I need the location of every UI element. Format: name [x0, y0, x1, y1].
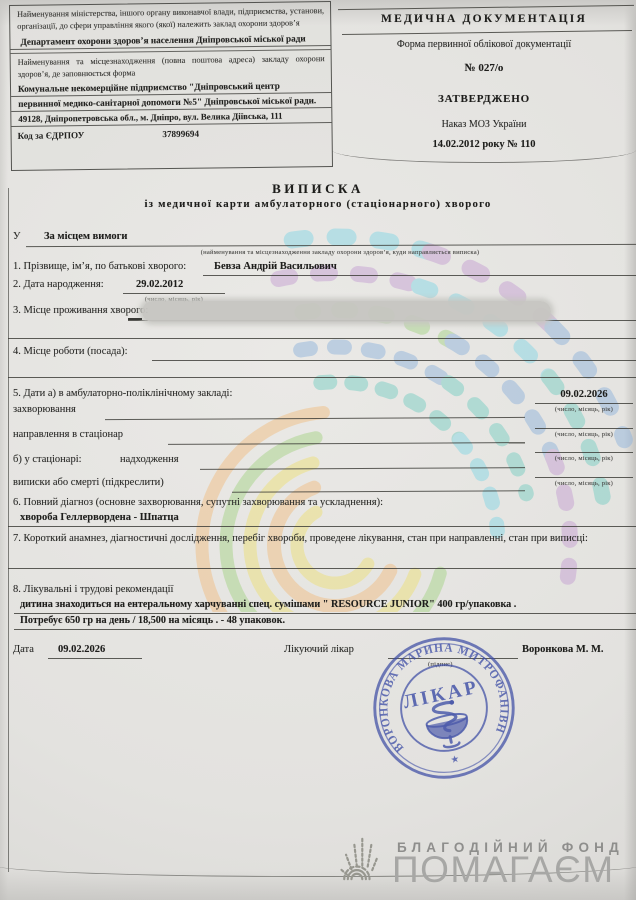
referral-label: направлення в стаціонар — [13, 429, 123, 440]
footer-date-value: 09.02.2026 — [58, 644, 105, 655]
admission-date-line — [535, 452, 633, 453]
approved-label: ЗАТВЕРДЖЕНО — [332, 93, 636, 105]
discharge-date-caption: (число, місяць, рік) — [535, 480, 633, 487]
illness-date-line — [535, 403, 633, 404]
ministry-note: Найменування міністерства, іншого органу… — [10, 2, 330, 35]
form-note: Форма первинної облікової документації — [332, 39, 636, 50]
footer-date-label: Дата — [13, 644, 34, 655]
doctor-label: Лікуючий лікар — [284, 644, 354, 655]
field1-line — [203, 275, 636, 276]
field1-label: 1. Прізвище, ім’я, по батькові хворого: — [13, 261, 186, 272]
edrpou-row: Код за ЄДРПОУ 37899694 — [11, 123, 331, 141]
brand-name: ПОМАГАЄМ — [392, 849, 615, 891]
doc-header: МЕДИЧНА ДОКУМЕНТАЦІЯ Форма первинної обл… — [332, 0, 636, 176]
illness-date-value: 09.02.2026 — [535, 389, 633, 400]
doctor-stamp: ВОРОНКОВА МАРИНА МИТРОФАНІВНА ★ ЛІКАР — [351, 615, 536, 800]
discharge-label: виписки або смерті (підкреслити) — [13, 477, 164, 488]
location-note: Найменування та місцезнаходження (повна … — [11, 50, 331, 82]
edrpou-label: Код за ЄДРПОУ — [18, 130, 85, 141]
illness-label: захворювання — [13, 404, 76, 415]
doctor-name: Воронкова М. М. — [522, 644, 604, 655]
field2-line — [123, 293, 225, 294]
header-rule — [342, 30, 632, 35]
left-border-line — [8, 188, 9, 872]
recipient-caption: (найменування та місцезнаходження заклад… — [0, 249, 636, 256]
field3-label: 3. Місце проживання хворого: — [13, 305, 148, 316]
scanned-medical-form: Найменування міністерства, іншого органу… — [0, 0, 636, 900]
institution-info-box: Найменування міністерства, іншого органу… — [9, 1, 333, 171]
empty-line-2 — [8, 377, 636, 378]
recommendations-line1: дитина знаходиться на ентеральному харчу… — [20, 599, 516, 610]
empty-line-1 — [8, 338, 636, 339]
field1-value: Бевза Андрій Васильович — [214, 261, 337, 272]
stamp-center-text: ЛІКАР — [401, 677, 481, 714]
hand-print-icon — [337, 832, 393, 892]
redaction-blur — [142, 301, 551, 322]
doc-type-title: МЕДИЧНА ДОКУМЕНТАЦІЯ — [332, 13, 636, 25]
handwriting-dash — [128, 318, 142, 320]
stamp-star: ★ — [450, 754, 461, 767]
main-title: ВИПИСКА — [0, 181, 636, 197]
footer-date-line — [48, 658, 142, 659]
admission-label: надходження — [120, 454, 179, 465]
diagnosis-line — [8, 526, 636, 527]
field2-value: 29.02.2012 — [136, 279, 183, 290]
field2-label: 2. Дата народження: — [13, 279, 104, 290]
main-subtitle: із медичної карти амбулаторного (стаціон… — [0, 198, 636, 210]
illness-date-caption: (число, місяць, рік) — [535, 406, 633, 413]
edrpou-value: 37899694 — [162, 129, 199, 139]
discharge-date-line — [535, 477, 633, 478]
field4-label: 4. Місце роботи (посада): — [13, 346, 128, 357]
recommendations-line2: Потребує 650 гр на день / 18,500 на міся… — [20, 615, 285, 626]
hospital-b-label: б) у стаціонарі: — [13, 454, 82, 465]
section5-label: 5. Дати а) в амбулаторно-поліклінічному … — [13, 388, 232, 399]
header-top-line — [338, 5, 634, 10]
approved-order: Наказ МОЗ України — [332, 119, 636, 130]
recommendations-underline1 — [14, 613, 636, 614]
form-number: № 027/о — [332, 62, 636, 74]
diagnosis-label: 6. Повний діагноз (основне захворювання,… — [13, 497, 383, 508]
diagnosis-value: хвороба Геллервордена - Шпатца — [20, 512, 179, 523]
department-name: Департамент охорони здоров’я населення Д… — [10, 31, 330, 50]
recipient-value: За місцем вимоги — [44, 231, 127, 242]
recommendations-underline2 — [14, 629, 636, 630]
empty-line-3 — [8, 568, 636, 569]
recipient-prefix: У — [13, 231, 20, 242]
referral-date-caption: (число, місяць, рік) — [535, 431, 633, 438]
admission-date-caption: (число, місяць, рік) — [535, 455, 633, 462]
anamnesis-label: 7. Короткий анамнез, діагностичні дослід… — [13, 531, 629, 547]
header-bottom-curve — [332, 148, 636, 163]
recommendations-label: 8. Лікувальні і трудові рекомендації — [13, 584, 173, 595]
referral-date-line — [535, 428, 633, 429]
field4-line — [152, 360, 636, 361]
